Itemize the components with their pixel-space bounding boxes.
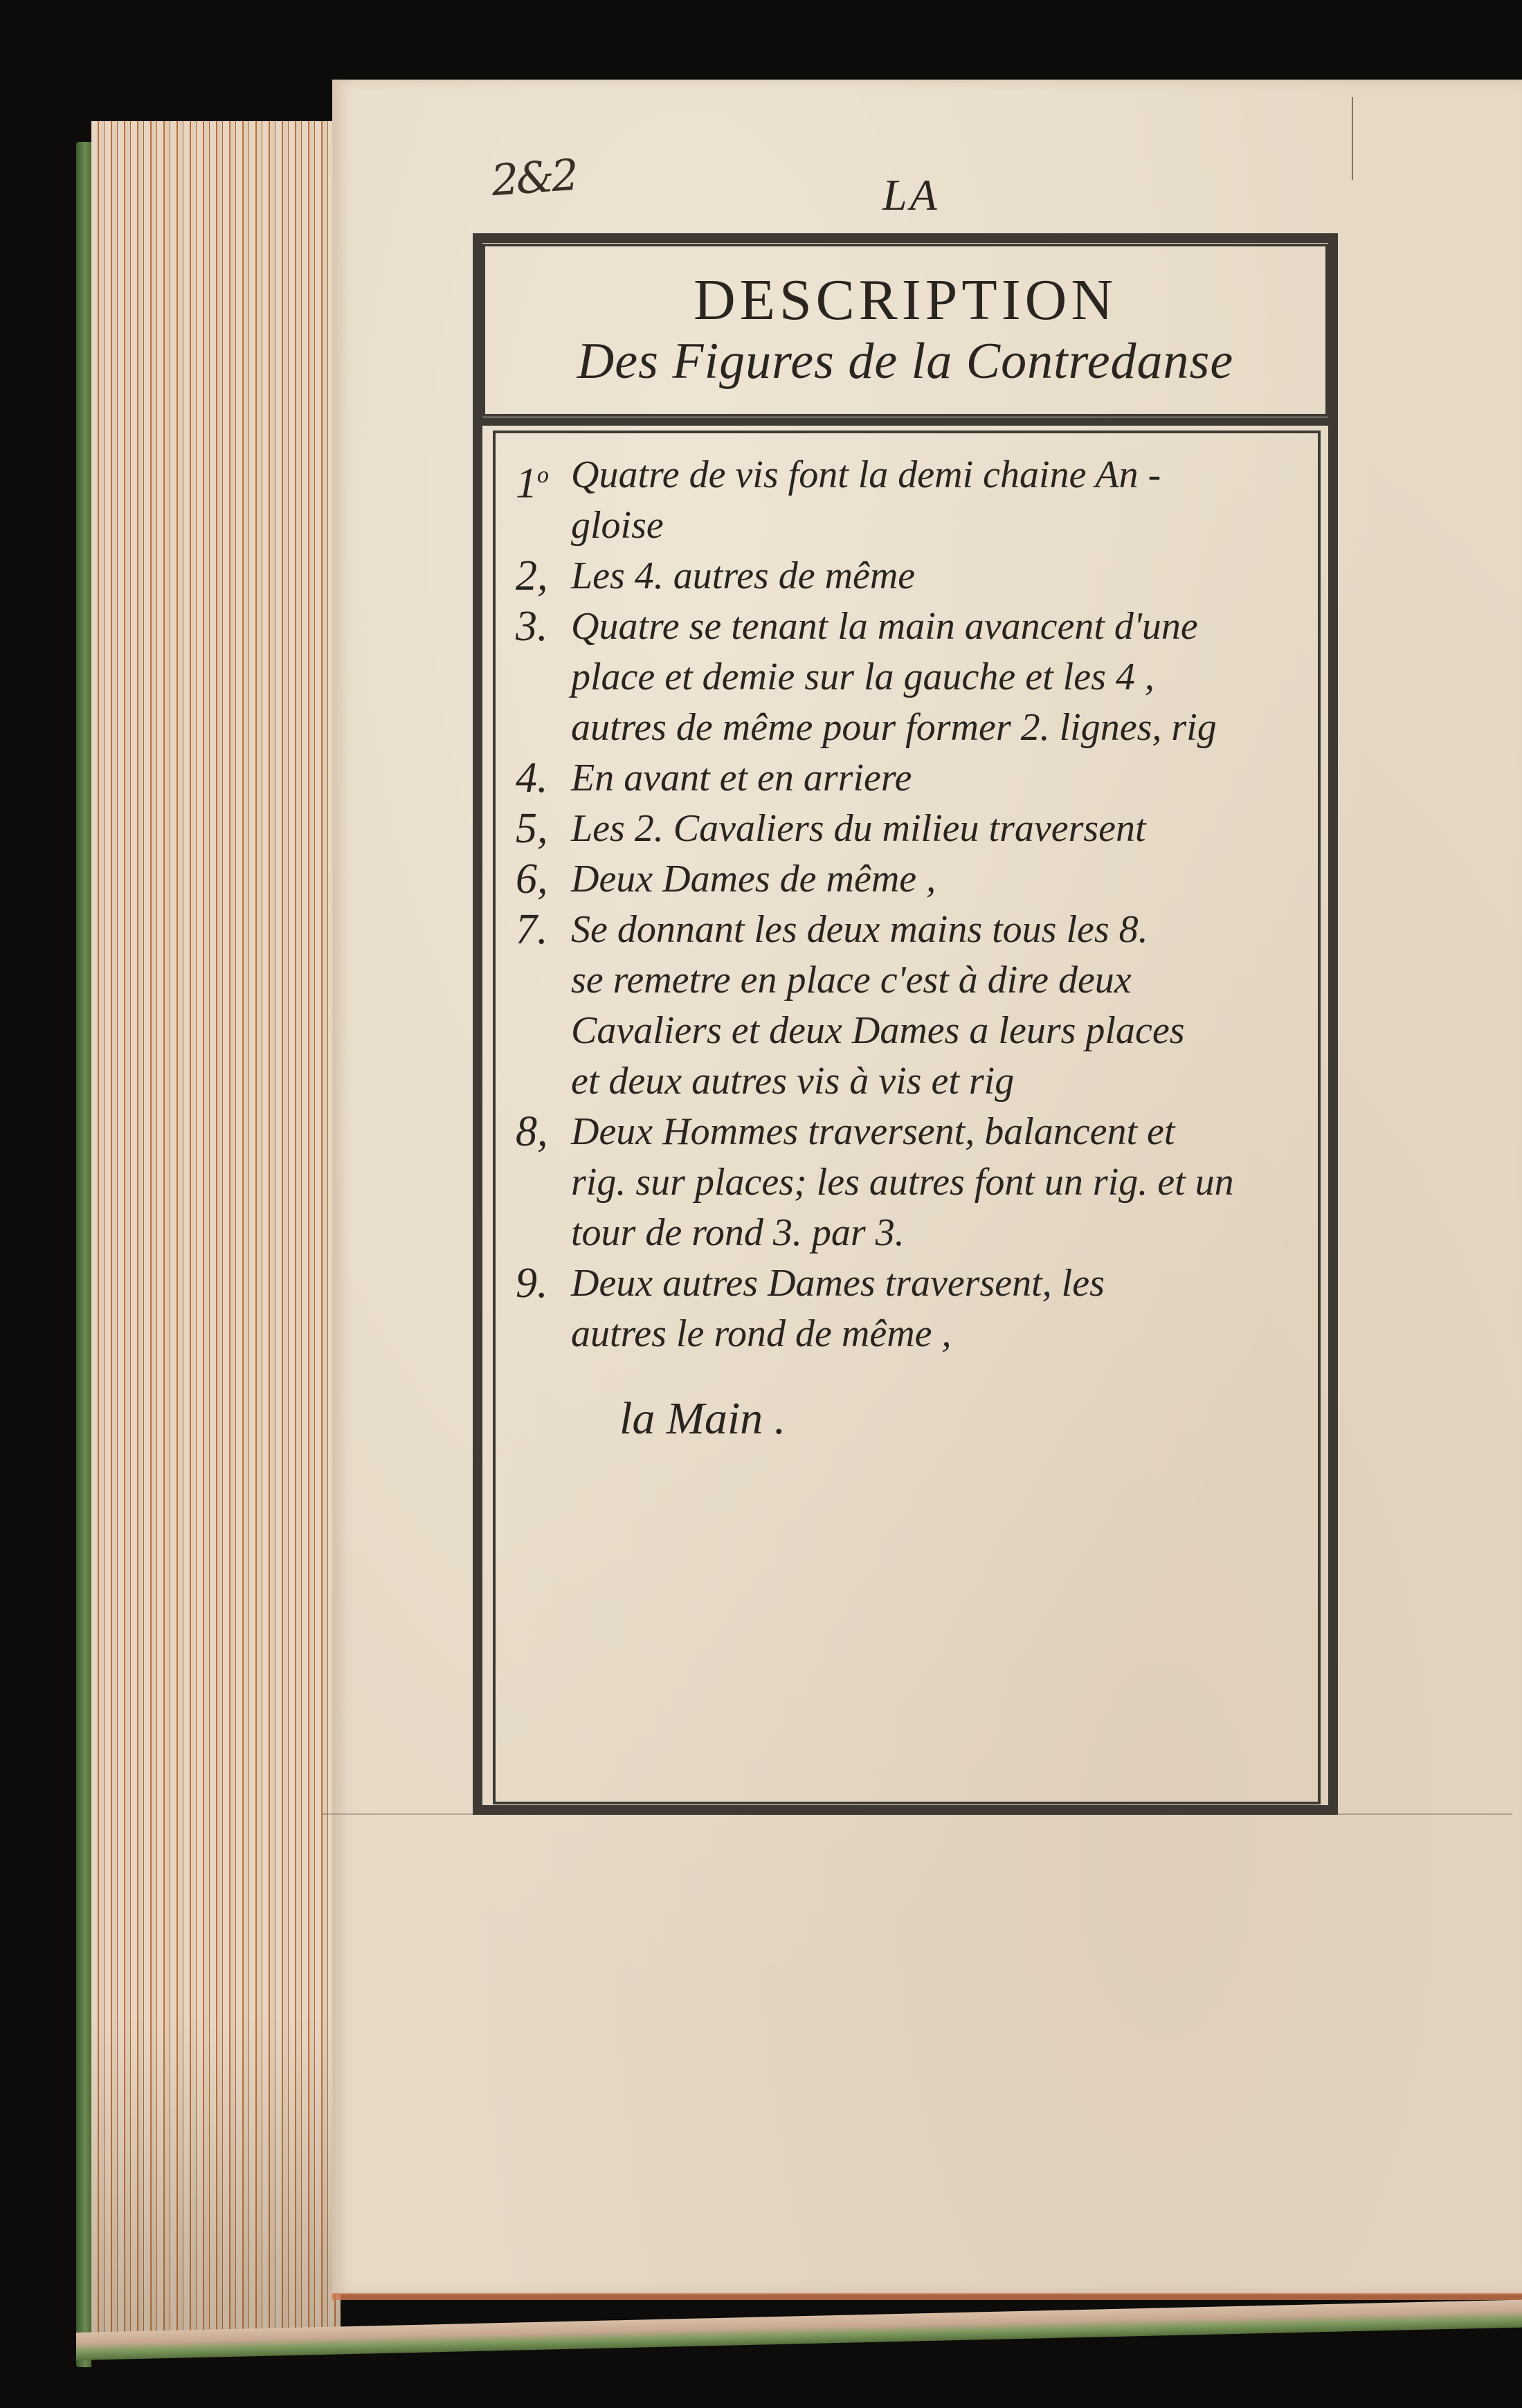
handwritten-page-number: 2&2 [490,150,578,206]
figure-text-line: gloise [571,500,1319,551]
figure-text-line: Quatre se tenant la main avancent d'une [571,601,1319,652]
figure-number: 3. [516,601,571,753]
page-title: DESCRIPTION [482,266,1328,334]
figure-text-line: autres le rond de même , [571,1309,1319,1359]
figure-number: 8, [516,1107,571,1258]
closing-text: la Main . [619,1393,786,1445]
figure-text-line: Deux autres Dames traversent, les [571,1258,1319,1309]
figure-text-line: place et demie sur la gauche et les 4 , [571,652,1319,703]
book-cover-spine-edge [76,142,91,2367]
figure-item-5: 5, Les 2. Cavaliers du milieu traversent [516,804,1319,854]
figure-text-line: Les 2. Cavaliers du milieu traversent [571,804,1319,854]
figure-item-6: 6, Deux Dames de même , [516,854,1319,905]
figure-text-line: Les 4. autres de même [571,551,1319,601]
figure-item-3: 3. Quatre se tenant la main avancent d'u… [516,601,1319,753]
title-separator-rule [482,417,1328,426]
figure-text-line: En avant et en arriere [571,753,1319,804]
page-edges-stack [91,121,341,2350]
figure-text-line: tour de rond 3. par 3. [571,1208,1319,1258]
figure-text-line: rig. sur places; les autres font un rig.… [571,1157,1319,1208]
page-bottom-edge [332,2293,1522,2300]
running-head: LA [882,170,940,221]
figure-number: 9. [516,1258,571,1359]
figure-item-8: 8, Deux Hommes traversent, balancent et … [516,1107,1319,1258]
figure-item-2: 2, Les 4. autres de même [516,551,1319,601]
figure-number: 6, [516,854,571,905]
figure-number: 1o [516,450,571,551]
figure-number: 4. [516,753,571,804]
figure-number: 5, [516,804,571,854]
plate-mark-vertical [1352,97,1353,180]
figure-number: 7. [516,905,571,1107]
figure-text-line: et deux autres vis à vis et rig [571,1056,1319,1107]
figure-item-1: 1o Quatre de vis font la demi chaine An … [516,450,1319,551]
figure-item-9: 9. Deux autres Dames traversent, les aut… [516,1258,1319,1359]
figure-text-line: autres de même pour former 2. lignes, ri… [571,703,1319,753]
figure-text-line: Deux Dames de même , [571,854,1319,905]
figure-text-line: Quatre de vis font la demi chaine An - [571,450,1319,500]
figure-item-7: 7. Se donnant les deux mains tous les 8.… [516,905,1319,1107]
figure-number: 2, [516,551,571,601]
figure-text-line: se remetre en place c'est à dire deux [571,955,1319,1006]
figures-list: 1o Quatre de vis font la demi chaine An … [516,450,1319,1359]
figure-item-4: 4. En avant et en arriere [516,753,1319,804]
figure-text-line: Cavaliers et deux Dames a leurs places [571,1006,1319,1056]
figure-text-line: Deux Hommes traversent, balancent et [571,1107,1319,1157]
figure-text-line: Se donnant les deux mains tous les 8. [571,905,1319,955]
page-subtitle: Des Figures de la Contredanse [482,332,1328,391]
